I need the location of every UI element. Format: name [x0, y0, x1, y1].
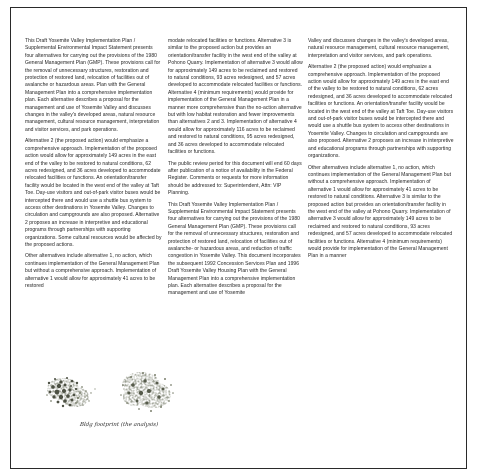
paragraph: This Draft Yosemite Valley Implementatio… — [25, 38, 162, 134]
text-block: This Draft Yosemite Valley Implementatio… — [25, 38, 454, 298]
text-column-3: Valley and discusses changes in the vall… — [308, 38, 454, 261]
page-border: This Draft Yosemite Valley Implementatio… — [10, 7, 467, 469]
paragraph: This Draft Yosemite Valley Implementatio… — [168, 202, 303, 298]
figure-caption: Bldg footprint (the analysis) — [41, 422, 198, 428]
paragraph: Alternative 2 (the proposed action) woul… — [308, 64, 454, 160]
text-column-1: This Draft Yosemite Valley Implementatio… — [25, 38, 162, 290]
paragraph: Other alternatives include alternative 1… — [25, 253, 162, 290]
scanned-document-page: This Draft Yosemite Valley Implementatio… — [0, 0, 477, 476]
paragraph: Valley and discusses changes in the vall… — [308, 38, 454, 60]
text-column-2: modate relocated facilities or functions… — [168, 38, 303, 298]
paragraph: modate relocated facilities or functions… — [168, 38, 303, 157]
footprint-map-thumbnail-right — [113, 367, 183, 417]
paragraph: Alternative 2 (the proposed action) woul… — [25, 138, 162, 249]
figure-group: Bldg footprint (the analysis) — [41, 367, 197, 431]
paragraph: Other alternatives include alternative 1… — [308, 165, 454, 261]
footprint-map-thumbnail-left — [41, 373, 105, 417]
paragraph: The public review period for this docume… — [168, 161, 303, 198]
